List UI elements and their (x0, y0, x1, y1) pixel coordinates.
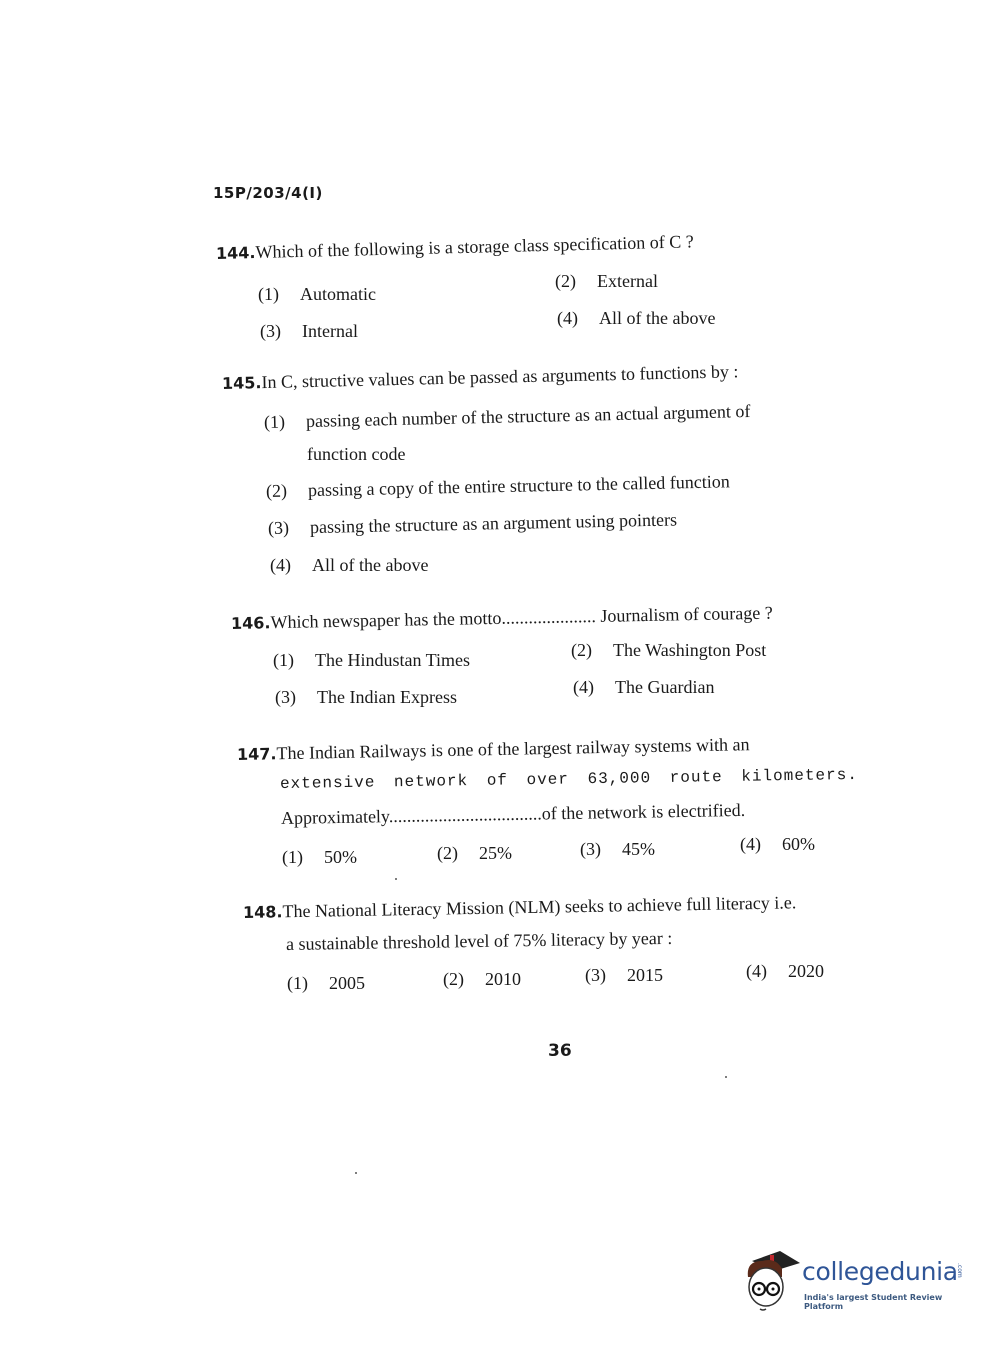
option-144-3: (3)Internal (260, 321, 358, 342)
question-number: 144. (216, 243, 256, 263)
option-148-4: (4)2020 (746, 961, 824, 982)
brand-name: collegedunia (802, 1257, 958, 1286)
option-147-3: (3)45% (580, 839, 655, 860)
option-147-1: (1)50% (282, 847, 357, 868)
scan-speck (725, 1076, 727, 1078)
collegedunia-watermark: collegedunia .com India's largest Studen… (742, 1247, 972, 1317)
option-146-2: (2)The Washington Post (571, 640, 766, 661)
option-146-4: (4)The Guardian (573, 677, 714, 698)
question-number: 147. (237, 744, 277, 764)
option-144-2: (2)External (555, 271, 658, 292)
question-number: 146. (231, 613, 271, 633)
option-144-1: (1)Automatic (258, 284, 376, 305)
option-145-1: (1)passing each number of the structure … (264, 401, 751, 433)
option-145-4: (4)All of the above (270, 555, 428, 576)
brand-tagline: India's largest Student Review Platform (804, 1293, 972, 1311)
option-145-1-continuation: function code (307, 444, 405, 465)
question-number: 148. (243, 902, 283, 922)
option-147-2: (2)25% (437, 843, 512, 864)
exam-page: 15P/203/4(I) 144.Which of the following … (0, 0, 1001, 1356)
question-148-line-2: a sustainable threshold level of 75% lit… (286, 928, 673, 955)
question-147: 147.The Indian Railways is one of the la… (237, 735, 750, 763)
option-147-4: (4)60% (740, 834, 815, 855)
question-144: 144.Which of the following is a storage … (216, 232, 694, 262)
question-text: Which of the following is a storage clas… (255, 231, 694, 262)
option-146-1: (1)The Hindustan Times (273, 650, 470, 671)
option-148-2: (2)2010 (443, 969, 521, 990)
scan-speck (355, 1172, 357, 1174)
page-number: 36 (548, 1041, 572, 1061)
question-text: The National Literacy Mission (NLM) seek… (282, 892, 796, 921)
question-145: 145.In C, structive values can be passed… (222, 362, 739, 392)
question-text: Which newspaper has the motto...........… (270, 603, 773, 633)
question-147-line-3: Approximately...........................… (281, 800, 746, 829)
scan-speck (395, 878, 397, 880)
question-number: 145. (222, 373, 262, 393)
option-145-2: (2)passing a copy of the entire structur… (266, 471, 730, 502)
question-147-line-2: extensive network of over 63,000 route k… (280, 766, 858, 793)
option-148-3: (3)2015 (585, 965, 663, 986)
option-145-3: (3)passing the structure as an argument … (268, 509, 677, 539)
question-text: The Indian Railways is one of the larges… (276, 734, 749, 763)
question-text: In C, structive values can be passed as … (261, 361, 738, 392)
option-146-3: (3)The Indian Express (275, 687, 457, 708)
brand-domain-suffix: .com (956, 1263, 963, 1278)
student-mascot-icon (742, 1247, 802, 1313)
option-144-4: (4)All of the above (557, 308, 715, 329)
question-146: 146.Which newspaper has the motto.......… (231, 604, 773, 632)
option-148-1: (1)2005 (287, 973, 365, 994)
question-148: 148.The National Literacy Mission (NLM) … (243, 893, 797, 921)
paper-code: 15P/203/4(I) (213, 184, 323, 202)
